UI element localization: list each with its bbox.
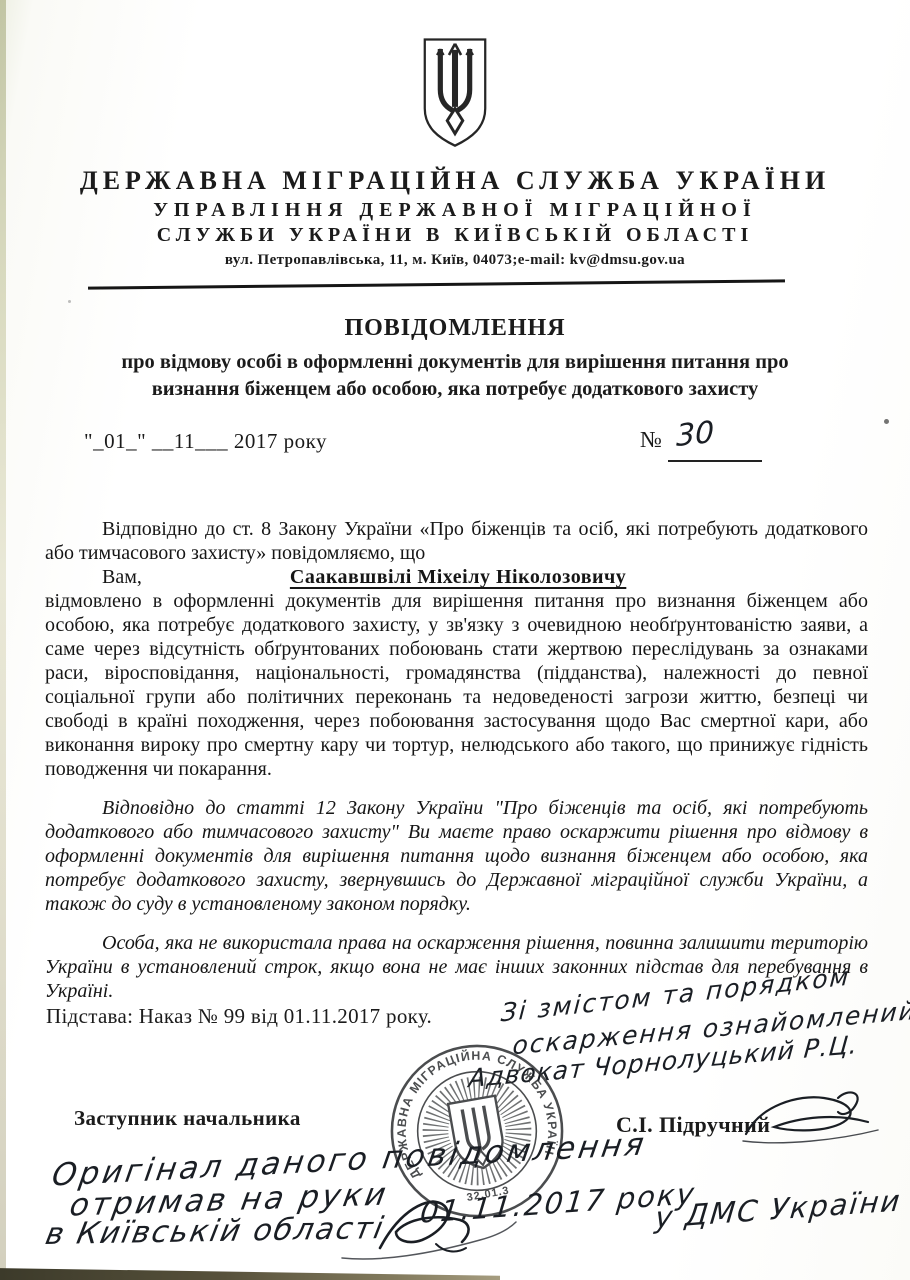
org-name-line2: УПРАВЛІННЯ ДЕРЖАВНОЇ МІГРАЦІЙНОЇ [0, 199, 910, 222]
number-label: № [640, 427, 662, 453]
addressee-name: Саакавшвілі Міхеілу Ніколозовичу [290, 565, 626, 589]
ink-speck [884, 419, 889, 424]
signature-scribble [738, 1086, 888, 1150]
ink-speck [68, 300, 71, 303]
scan-edge-left [0, 0, 6, 1280]
paragraph-appeal-right: Відповідно до статті 12 Закону України "… [45, 796, 868, 916]
paragraph-refusal: відмовлено в оформленні документів для в… [45, 589, 868, 781]
org-name-line3: СЛУЖБИ УКРАЇНИ В КИЇВСЬКІЙ ОБЛАСТІ [0, 224, 910, 247]
paragraph-intro: Відповідно до ст. 8 Закону України «Про … [45, 517, 868, 565]
basis-line: Підстава: Наказ № 99 від 01.11.2017 року… [46, 1004, 432, 1029]
header-divider [88, 279, 785, 289]
addressee-prefix: Вам, [102, 565, 142, 589]
document-body: Відповідно до ст. 8 Закону України «Про … [45, 517, 868, 1003]
scan-edge-bottom [0, 1266, 500, 1280]
org-address: вул. Петропавлівська, 11, м. Київ, 04073… [0, 252, 910, 269]
handwritten-received-line3: в Київській області [43, 1211, 388, 1252]
document-title: ПОВІДОМЛЕННЯ [0, 315, 910, 342]
subtitle-line1: про відмову особі в оформленні документі… [0, 349, 910, 376]
document-date: "_01_" __11___ 2017 року [84, 429, 327, 454]
signer-left-title: Заступник начальника [74, 1106, 301, 1131]
subtitle-line2: визнання біженцем або особою, яка потреб… [0, 376, 910, 403]
number-value-handwritten: 30 [676, 415, 714, 454]
document-subtitle: про відмову особі в оформленні документі… [0, 349, 910, 403]
org-name-line1: ДЕРЖАВНА МІГРАЦІЙНА СЛУЖБА УКРАЇНИ [0, 166, 910, 196]
number-underline [668, 460, 762, 462]
signature-scribble-bottom [340, 1188, 520, 1268]
trident-emblem-icon [416, 36, 494, 150]
meta-row: "_01_" __11___ 2017 року № 30 [0, 427, 910, 467]
addressee-line: Вам, Саакавшвілі Міхеілу Ніколозовичу [102, 565, 868, 589]
scanned-document: ДЕРЖАВНА МІГРАЦІЙНА СЛУЖБА УКРАЇНИ УПРАВ… [0, 0, 910, 1280]
